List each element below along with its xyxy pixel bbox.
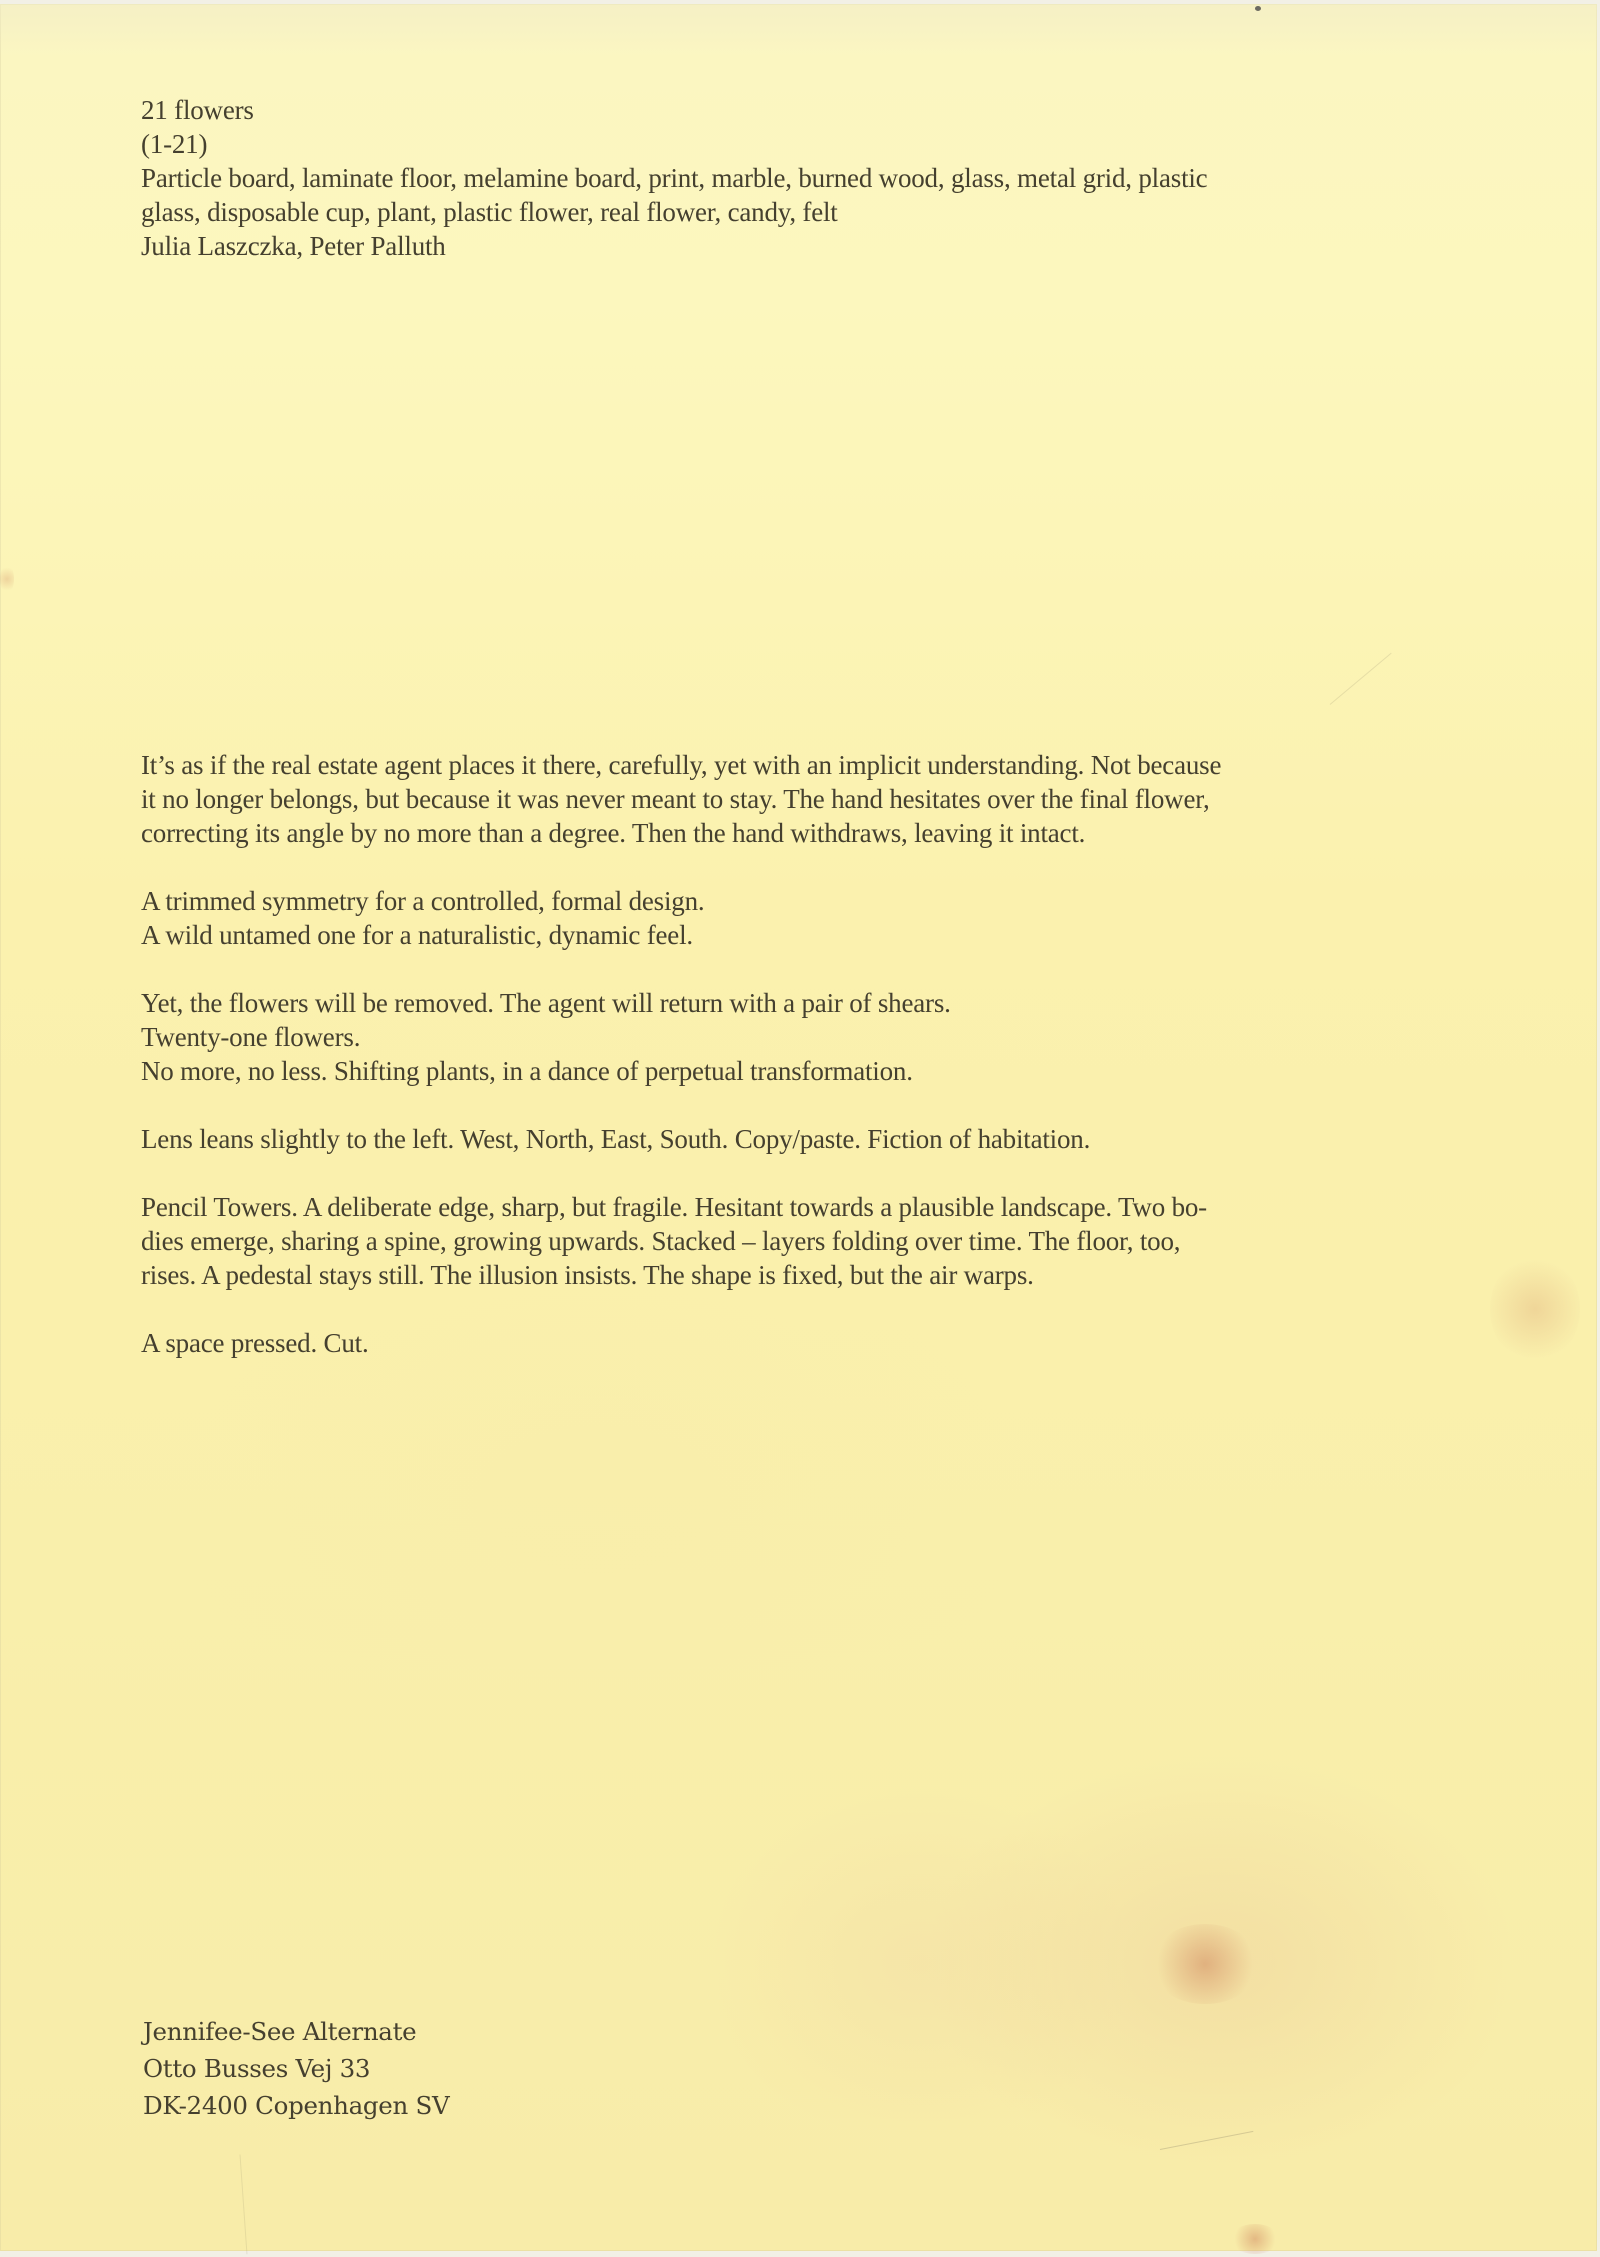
text-line: dies emerge, sharing a spine, growing up… (141, 1224, 1481, 1258)
text-line: Yet, the flowers will be removed. The ag… (141, 986, 1481, 1020)
text-line: A wild untamed one for a naturalistic, d… (141, 918, 1481, 952)
venue-name: Jennifee-See Alternate (143, 2013, 449, 2050)
text-line: It’s as if the real estate agent places … (141, 748, 1481, 782)
text-line: Twenty-one flowers. (141, 1020, 1481, 1054)
text-line: Pencil Towers. A deliberate edge, sharp,… (141, 1190, 1481, 1224)
paragraph: Pencil Towers. A deliberate edge, sharp,… (141, 1190, 1481, 1292)
artists-credit: Julia Laszczka, Peter Palluth (141, 229, 1207, 263)
ink-speck (1255, 6, 1261, 11)
text-line: it no longer belongs, but because it was… (141, 782, 1481, 816)
text-line: Lens leans slightly to the left. West, N… (141, 1122, 1481, 1156)
stain-mark (0, 564, 14, 594)
scratch-mark (1160, 2131, 1253, 2150)
paragraph: A space pressed. Cut. (141, 1326, 1481, 1360)
paragraph: Yet, the flowers will be removed. The ag… (141, 986, 1481, 1088)
paragraph: It’s as if the real estate agent places … (141, 748, 1481, 850)
paragraph: A trimmed symmetry for a controlled, for… (141, 884, 1481, 952)
venue-address: Jennifee-See Alternate Otto Busses Vej 3… (143, 2013, 449, 2124)
text-line: No more, no less. Shifting plants, in a … (141, 1054, 1481, 1088)
scratch-mark (240, 2154, 248, 2254)
scratch-mark (1330, 653, 1392, 705)
materials-line: glass, disposable cup, plant, plastic fl… (141, 195, 1207, 229)
text-line: A trimmed symmetry for a controlled, for… (141, 884, 1481, 918)
paragraph: Lens leans slightly to the left. West, N… (141, 1122, 1481, 1156)
text-line: A space pressed. Cut. (141, 1326, 1481, 1360)
text-line: rises. A pedestal stays still. The illus… (141, 1258, 1481, 1292)
artwork-header: 21 flowers (1-21) Particle board, lamina… (141, 93, 1207, 263)
materials-line: Particle board, laminate floor, melamine… (141, 161, 1207, 195)
text-line: correcting its angle by no more than a d… (141, 816, 1481, 850)
scan-shadow-strip (0, 4, 1597, 56)
artwork-range: (1-21) (141, 127, 1207, 161)
artwork-title: 21 flowers (141, 93, 1207, 127)
venue-street: Otto Busses Vej 33 (143, 2050, 449, 2087)
essay-body: It’s as if the real estate agent places … (141, 748, 1481, 1360)
stain-mark (1230, 2224, 1280, 2254)
venue-city: DK-2400 Copenhagen SV (143, 2087, 449, 2124)
stain-mark (1150, 1924, 1260, 2004)
stain-mark (1490, 1254, 1580, 1364)
